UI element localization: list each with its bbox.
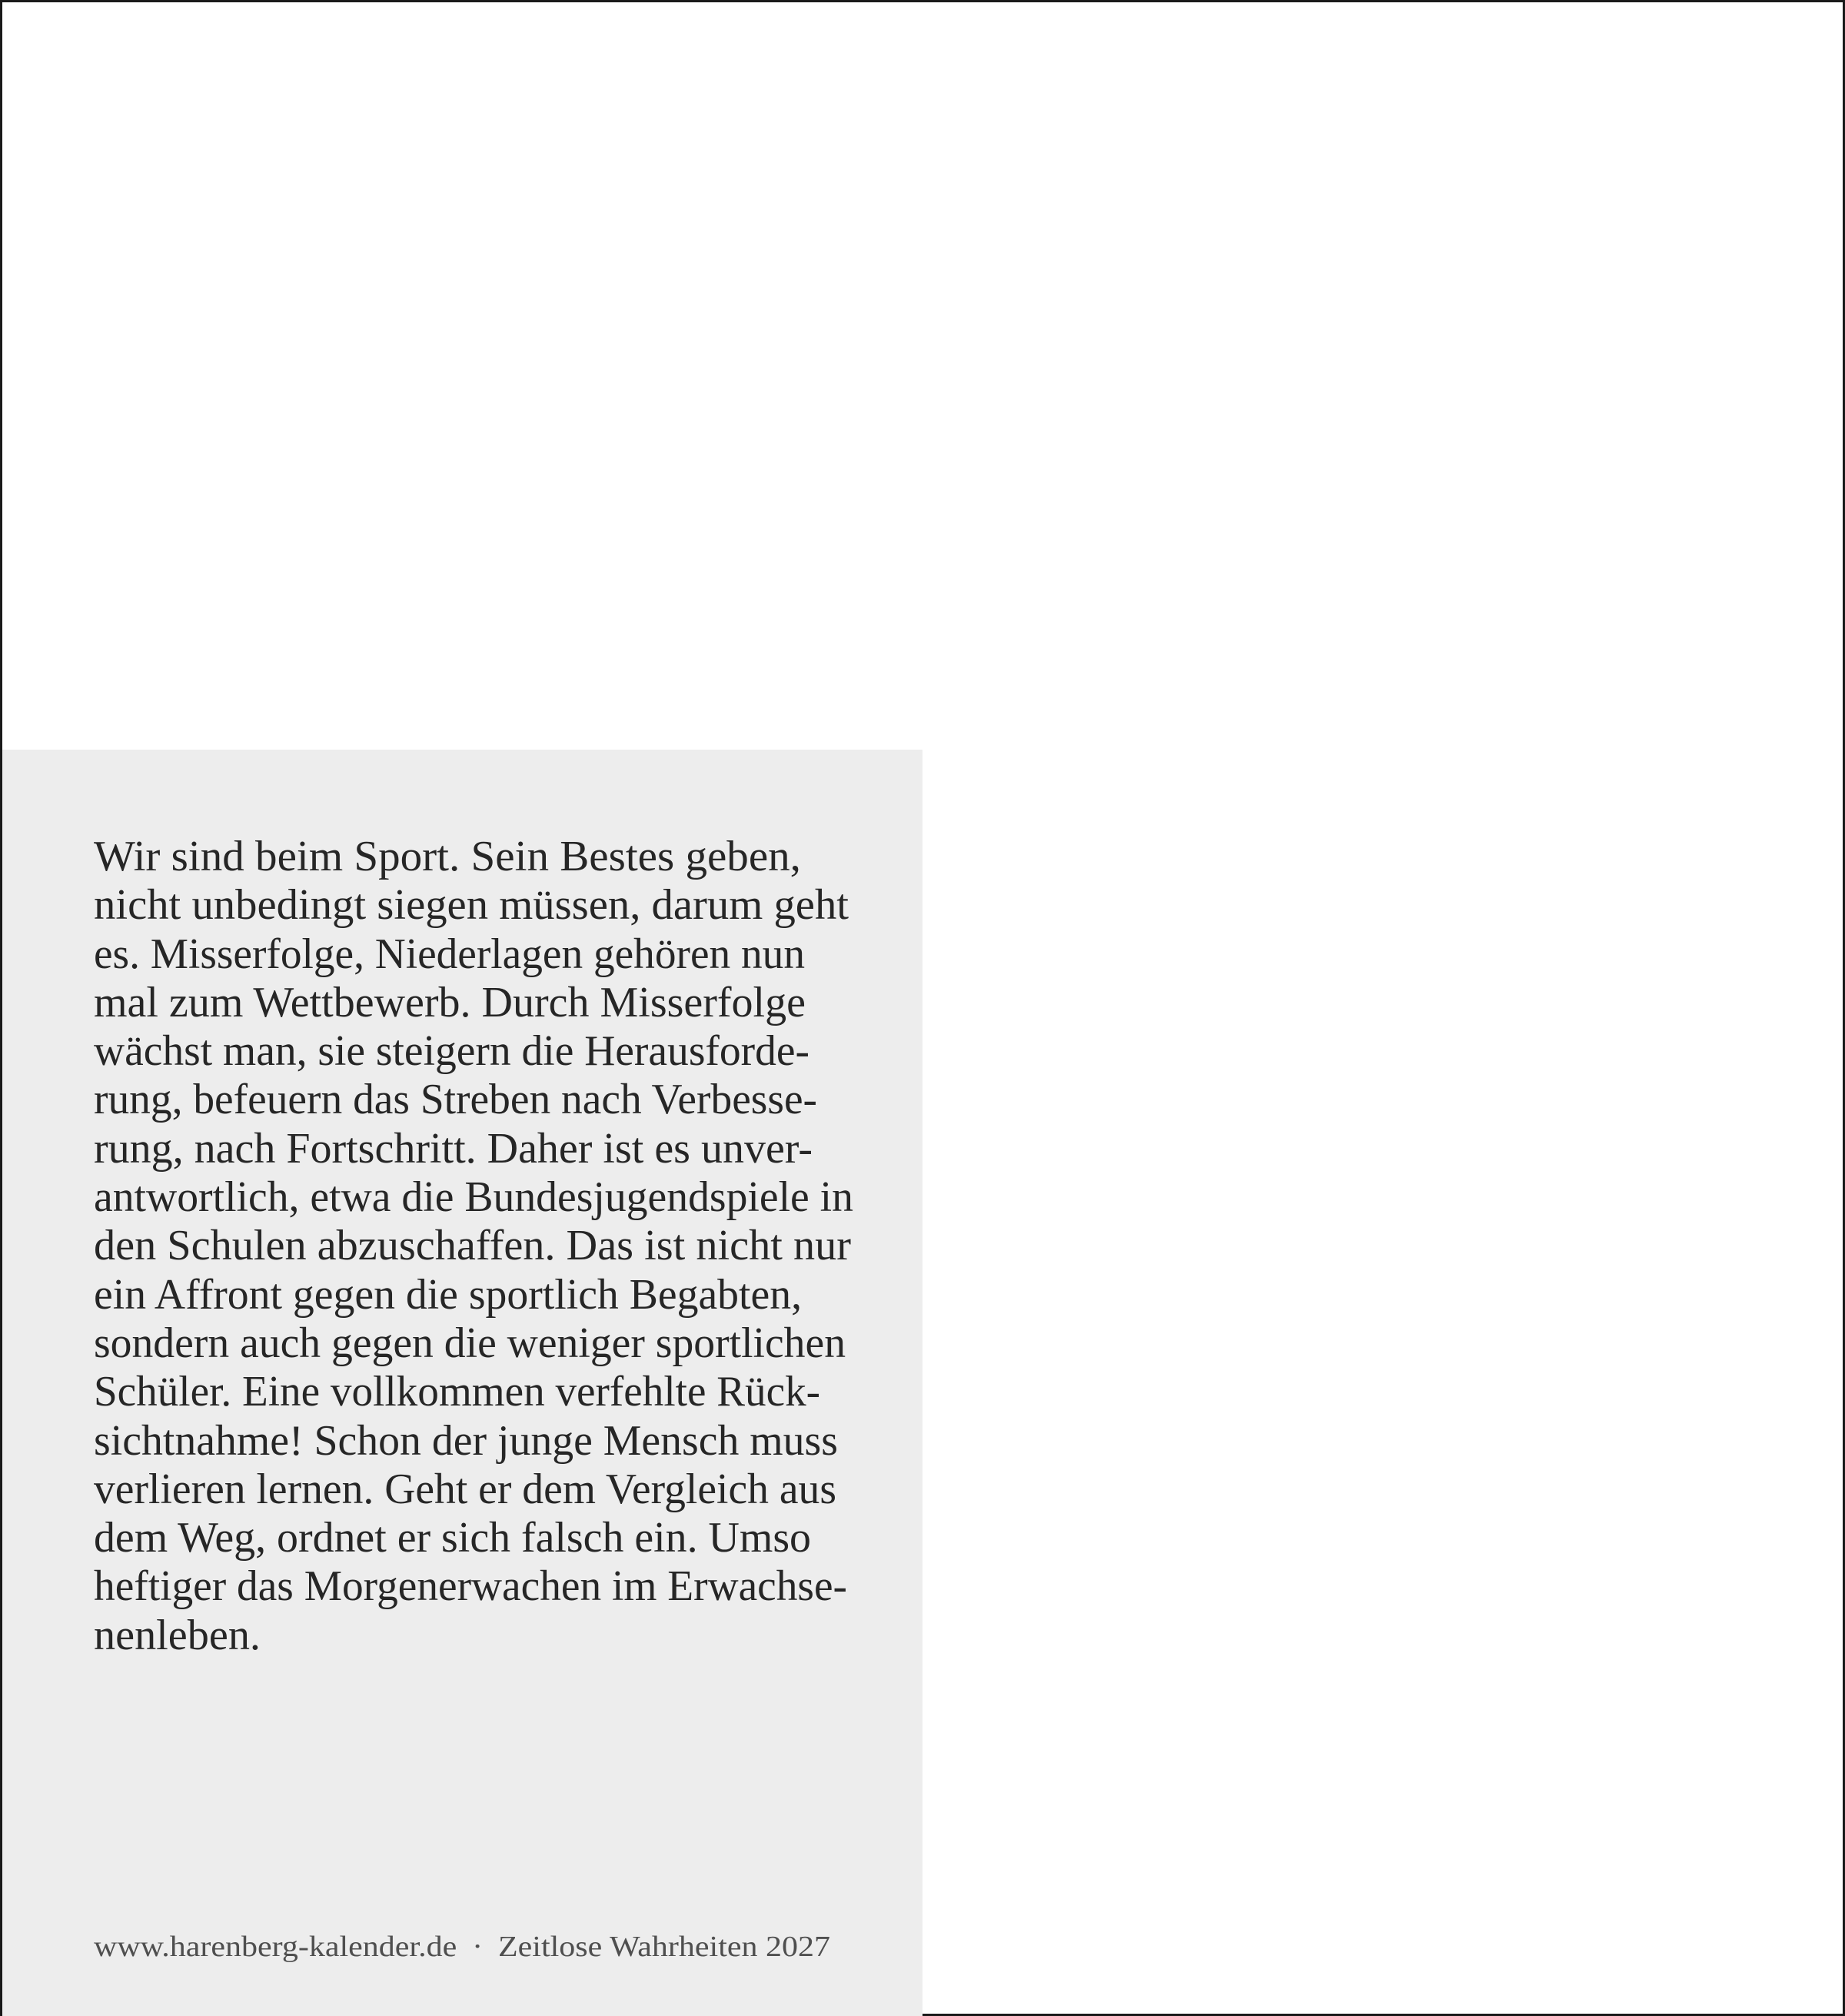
quote-line: den Schulen abzuschaffen. Das ist nicht … [94, 1222, 851, 1270]
quote-line: wächst man, sie steigern die Herausforde… [94, 1027, 809, 1076]
quote-line: nenleben. [94, 1612, 261, 1660]
quote-line: antwortlich, etwa die Bundesjugendspiele… [94, 1173, 853, 1222]
calendar-page: Wir sind beim Sport. Sein Bestes geben, … [0, 0, 1845, 2016]
quote-line: dem Weg, ordnet er sich falsch ein. Umso [94, 1514, 811, 1562]
quote-panel: Wir sind beim Sport. Sein Bestes geben, … [2, 750, 922, 2016]
quote-line: rung, befeuern das Streben nach Verbesse… [94, 1076, 817, 1124]
quote-line: sichtnahme! Schon der junge Mensch muss [94, 1417, 838, 1465]
quote-line: verlieren lernen. Geht er dem Vergleich … [94, 1465, 836, 1514]
quote-line: ein Affront gegen die sportlich Begabten… [94, 1271, 802, 1319]
quote-line: Schüler. Eine vollkommen verfehlte Rück- [94, 1368, 820, 1416]
quote-line: sondern auch gegen die weniger sportlich… [94, 1319, 846, 1368]
footer-separator: · [457, 1928, 498, 1966]
quote-line: heftiger das Morgenerwachen im Erwachse- [94, 1562, 847, 1611]
quote-line: Wir sind beim Sport. Sein Bestes geben, [94, 833, 801, 881]
quote-line: rung, nach Fortschritt. Daher ist es unv… [94, 1125, 813, 1173]
website-link[interactable]: www.harenberg-kalender.de [94, 1931, 457, 1963]
quote-line: mal zum Wettbewerb. Durch Misserfolge [94, 979, 806, 1027]
calendar-title: Zeitlose Wahrheiten 2027 [498, 1931, 830, 1963]
page-footer: www.harenberg-kalender.de·Zeitlose Wahrh… [94, 1928, 830, 1966]
quote-line: es. Misserfolge, Niederlagen gehören nun [94, 930, 805, 979]
quote-line: nicht unbedingt siegen müssen, darum geh… [94, 881, 849, 930]
quote-text: Wir sind beim Sport. Sein Bestes geben, … [94, 833, 909, 1660]
